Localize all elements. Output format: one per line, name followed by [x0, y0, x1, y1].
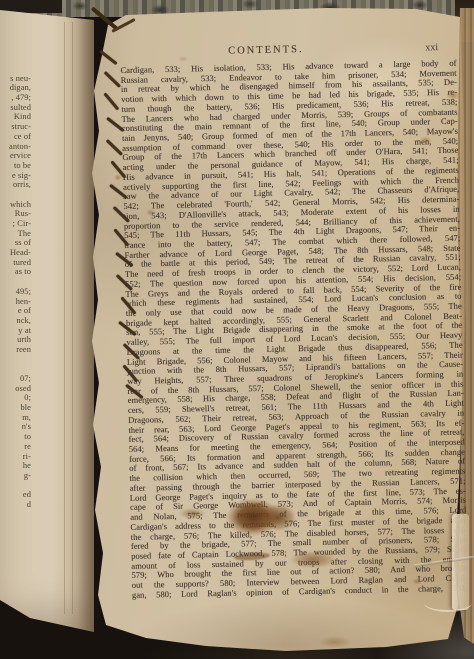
fragment-line: , 479; [0, 93, 31, 103]
fragment-line: re [0, 442, 31, 452]
fragment-line: to be [0, 161, 31, 171]
fragment-line: e of [0, 306, 31, 316]
fragment-line: digan, [0, 83, 31, 93]
fragment-line [0, 481, 31, 491]
fragment-line: urth [0, 335, 31, 345]
fragment-line: ed [0, 490, 31, 500]
fragment-line: 07; [0, 374, 31, 384]
fragment-line: as to [0, 267, 31, 277]
fragment-line: y at [0, 326, 31, 336]
fragment-line: ; Cir- [0, 219, 31, 229]
fragment-line: struc- [0, 122, 31, 132]
fragment-line: to [0, 432, 31, 442]
fragment-line: ce of [0, 132, 31, 142]
fragment-line: The [0, 229, 31, 239]
fragment-line: Kind [0, 112, 31, 122]
page-fold-crease [64, 22, 65, 614]
gutter-shadow [78, 4, 94, 638]
fragment-line [0, 277, 31, 287]
fragment-line: he [0, 461, 31, 471]
fragment-line [0, 355, 31, 365]
fragment-line: tured [0, 258, 31, 268]
fragment-line: orris, [0, 180, 31, 190]
fragment-line: ble [0, 403, 31, 413]
fragment-line: ervice [0, 151, 31, 161]
fragment-line: ss of [0, 238, 31, 248]
page-number: xxi [425, 42, 438, 53]
fragment-line: anton- [0, 142, 31, 152]
fragment-line: g- [0, 471, 31, 481]
fragment-line: nck, [0, 316, 31, 326]
page-fold-crease [72, 22, 73, 614]
fragment-line: e sig- [0, 171, 31, 181]
facing-page-edge: s neu-digan,, 479;sultedKindstruc-ce ofa… [0, 4, 94, 638]
photographed-book-page: s neu-digan,, 479;sultedKindstruc-ce ofa… [0, 0, 474, 659]
fragment-line: Head- [0, 248, 31, 258]
fragment-line [0, 64, 31, 74]
fragment-line [0, 364, 31, 374]
fragment-line: 0; [0, 393, 31, 403]
fragment-line: sulted [0, 103, 31, 113]
table-of-contents-text: Cardigan, 533; His isolation, 533; His a… [120, 59, 468, 601]
fragment-line: n's [0, 422, 31, 432]
fragment-line [0, 190, 31, 200]
fragment-line: s neu- [0, 74, 31, 84]
fragment-line: which [0, 200, 31, 210]
fragment-line: Rus- [0, 209, 31, 219]
fragment-line: d [0, 500, 31, 510]
facing-page-text-fragments: s neu-digan,, 479;sultedKindstruc-ce ofa… [0, 64, 31, 510]
fragment-line: osed [0, 384, 31, 394]
printed-content: CONTENTS. xxi Cardigan, 533; His isolati… [120, 39, 468, 601]
page-title: CONTENTS. [228, 44, 304, 57]
fragment-line: hen- [0, 297, 31, 307]
fragment-line: 495; [0, 287, 31, 297]
fragment-line: ri- [0, 452, 31, 462]
fragment-line: reen [0, 345, 31, 355]
fragment-line: m, [0, 413, 31, 423]
